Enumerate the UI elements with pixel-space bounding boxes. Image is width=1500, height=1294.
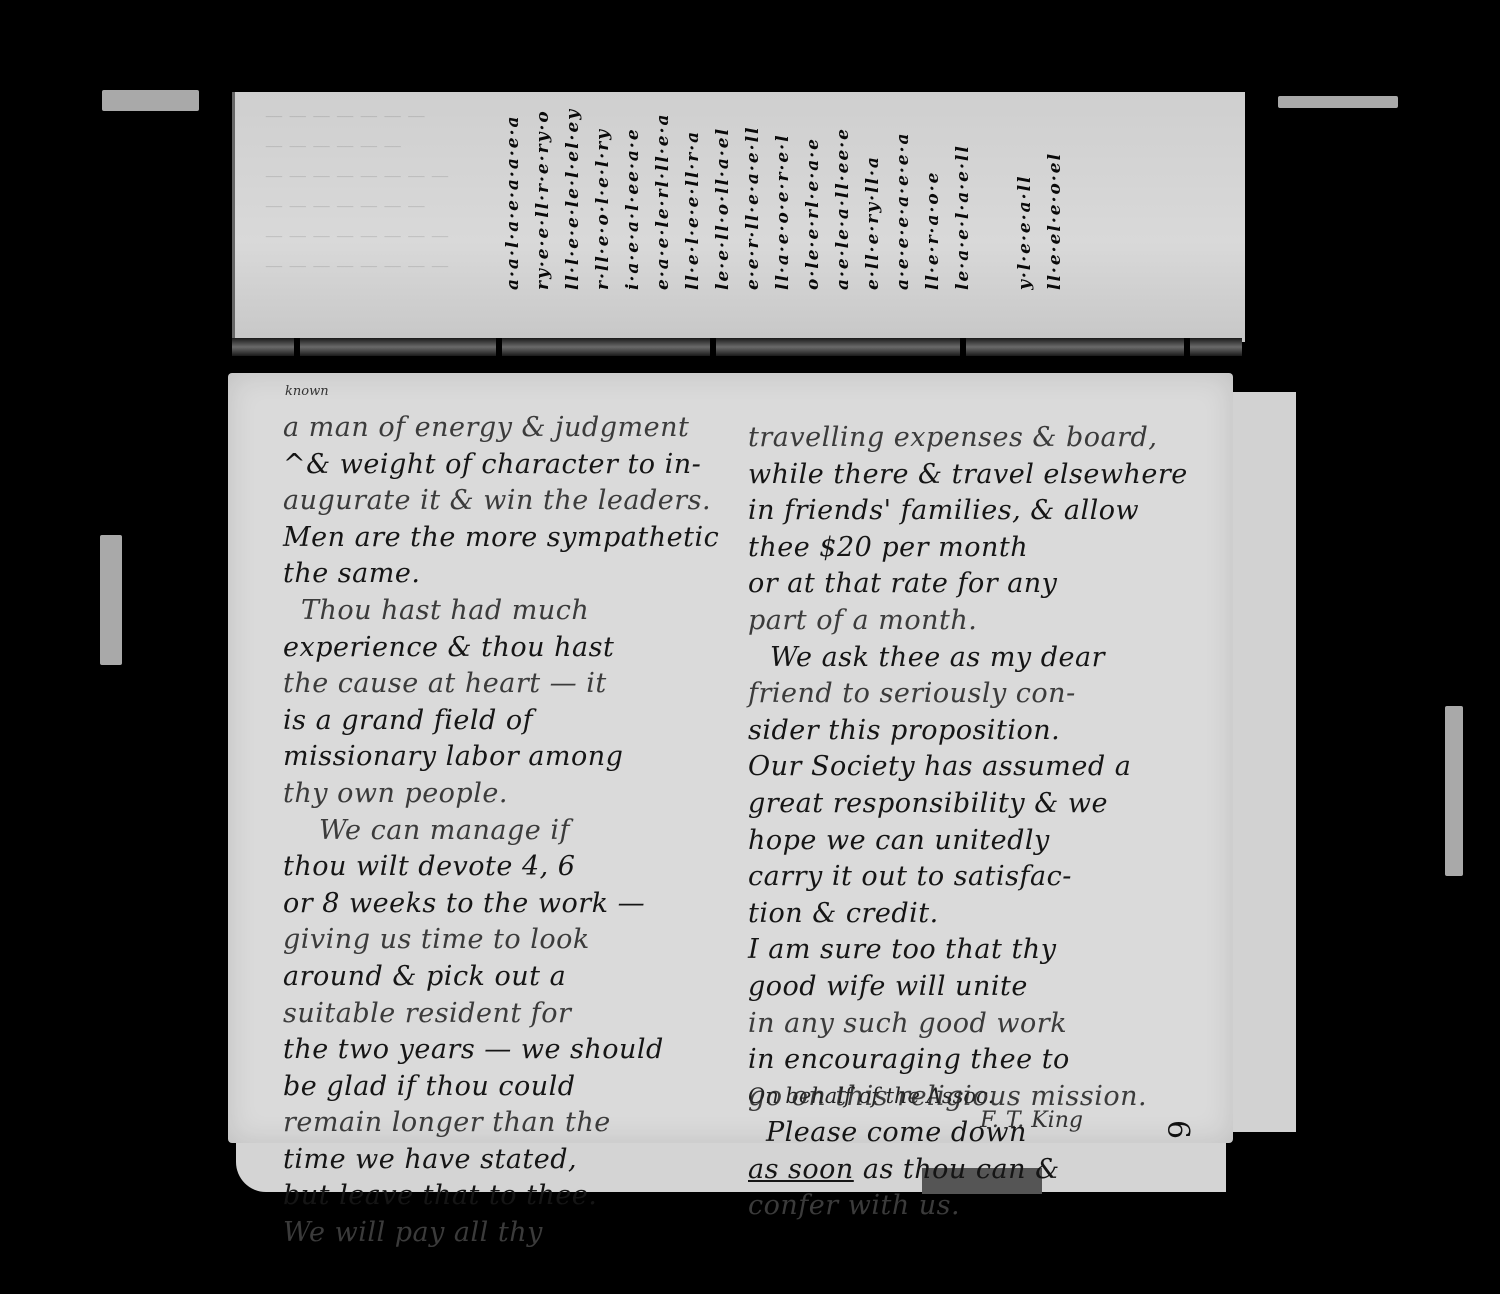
text-line: Men are the more sympathetic	[283, 520, 723, 557]
rotated-line: a·e·le·a·ll·ee·e	[833, 100, 855, 290]
text-line: around & pick out a	[283, 959, 723, 996]
rotated-line: le·e·ll·o·ll·a·el	[713, 100, 735, 290]
text-line: confer with us.	[748, 1188, 1138, 1225]
binding-stitch	[960, 338, 966, 356]
rotated-line: a·e·e·e·a·e·e·a	[893, 100, 915, 290]
text-line: in encouraging thee to	[748, 1042, 1138, 1079]
text-line: Our Society has assumed a	[748, 749, 1138, 786]
text-line: remain longer than the	[283, 1105, 723, 1142]
rotated-line: ry·e·e·ll·r·e·ry·o	[533, 100, 555, 290]
text-line: is a grand field of	[283, 703, 723, 740]
text-line: while there & travel elsewhere	[748, 457, 1138, 494]
rotated-line: ll·a·e·o·e·r·e·l	[773, 100, 795, 290]
rotated-line: e·a·e·le·rl·ll·e·a	[653, 100, 675, 290]
text-line: or at that rate for any	[748, 566, 1138, 603]
closing-line: On behalf of the Assoc.	[748, 1084, 994, 1108]
text-line: tion & credit.	[748, 896, 1138, 933]
film-tab-top-right	[1278, 96, 1398, 108]
rotated-line: o·le·e·rl·e·a·e	[803, 100, 825, 290]
text-line: the two years — we should	[283, 1032, 723, 1069]
text-line: a man of energy & judgment	[283, 410, 723, 447]
underlined-phrase: as soon	[748, 1154, 854, 1185]
text-line: thee $20 per month	[748, 530, 1138, 567]
text-line: We will pay all thy	[283, 1215, 723, 1252]
text-line: hope we can unitedly	[748, 823, 1138, 860]
text-line: friend to seriously con-	[748, 676, 1138, 713]
binding-stitch	[294, 338, 300, 356]
signature: F. T. King	[980, 1108, 1083, 1133]
text-line: augurate it & win the leaders.	[283, 483, 723, 520]
rotated-line: i·a·e·a·l·ee·a·e	[623, 100, 645, 290]
text-line: experience & thou hast	[283, 630, 723, 667]
text-line: good wife will unite	[748, 969, 1138, 1006]
rotated-line: ll·e·el·e·o·el	[1045, 100, 1067, 290]
rotated-line: a·a·l·a·e·a·a·e·a	[503, 100, 525, 290]
rotated-line: ll·e·r·a·o·e	[923, 100, 945, 290]
text-line: as soon as thou can &	[748, 1152, 1138, 1189]
text-line: in friends' families, & allow	[748, 493, 1138, 530]
text-line: great responsibility & we	[748, 786, 1138, 823]
rotated-line: y·l·e·e·a·ll	[1015, 100, 1037, 290]
text-line: suitable resident for	[283, 996, 723, 1033]
page-number: 6	[1160, 1120, 1195, 1139]
text-line: thou wilt devote 4, 6	[283, 849, 723, 886]
binding-stitch	[710, 338, 716, 356]
text-line: missionary labor among	[283, 739, 723, 776]
text-line: giving us time to look	[283, 922, 723, 959]
text-line: the cause at heart — it	[283, 666, 723, 703]
rotated-line: r·ll·e·o·l·e·l·ry	[593, 100, 615, 290]
text-line: time we have stated,	[283, 1142, 723, 1179]
text-line: ^& weight of character to in-	[283, 447, 723, 484]
text-line: in any such good work	[748, 1006, 1138, 1043]
film-tab-right	[1445, 706, 1463, 876]
text-line: sider this proposition.	[748, 713, 1138, 750]
rotated-line: e·ll·e·ry·ll·a	[863, 100, 885, 290]
insert-annotation: known	[285, 384, 329, 399]
film-tab-top-left	[102, 90, 199, 111]
text-line: travelling expenses & board,	[748, 420, 1138, 457]
film-tab-left	[100, 535, 122, 665]
rotated-line: e·e·r·ll·e·a·e·ll	[743, 100, 765, 290]
text-line: We can manage if	[283, 813, 723, 850]
text-line: or 8 weeks to the work —	[283, 886, 723, 923]
text-line: but leave that to thee.	[283, 1178, 723, 1215]
binding-stitch	[496, 338, 502, 356]
letter-left-column: a man of energy & judgment ^& weight of …	[283, 410, 723, 1252]
rotated-line: ll·l·e·e·le·l·el·ey	[563, 100, 585, 290]
page-binding-strip	[232, 338, 1242, 356]
text-line: carry it out to satisfac-	[748, 859, 1138, 896]
rotated-line: ll·e·l·e·e·ll·r·a	[683, 100, 705, 290]
text-line: Thou hast had much	[283, 593, 723, 630]
text-line: part of a month.	[748, 603, 1138, 640]
top-page-rotated: — — — — — — — —— — — — — — — —— — — — — …	[232, 92, 1245, 342]
text-line: We ask thee as my dear	[748, 640, 1138, 677]
rotated-line: le·a·e·l·a·e·ll	[953, 100, 975, 290]
binding-stitch	[1184, 338, 1190, 356]
text-line: be glad if thou could	[283, 1069, 723, 1106]
text-line: the same.	[283, 556, 723, 593]
back-sheet-edge	[1228, 392, 1296, 1132]
rotated-text-columns: a·a·l·a·e·a·a·e·a ry·e·e·ll·r·e·ry·o ll·…	[503, 100, 1067, 290]
text-line: I am sure too that thy	[748, 932, 1138, 969]
text-line: thy own people.	[283, 776, 723, 813]
